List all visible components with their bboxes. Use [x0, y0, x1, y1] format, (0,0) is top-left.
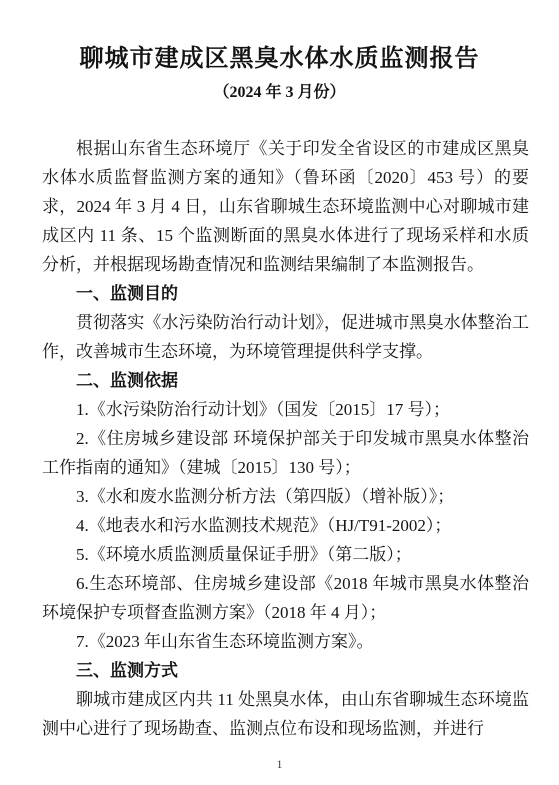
section-heading-monitoring-basis: 二、监测依据 [42, 366, 529, 395]
list-item-4: 4.《地表水和污水监测技术规范》（HJ/T91-2002）； [42, 511, 529, 540]
report-title: 聊城市建成区黑臭水体水质监测报告 [0, 44, 559, 74]
page-number: 1 [0, 757, 559, 772]
list-item-3: 3.《水和废水监测分析方法（第四版）（增补版）》； [42, 482, 529, 511]
document-page: 聊城市建成区黑臭水体水质监测报告 （2024 年 3 月份） 根据山东省生态环境… [0, 0, 559, 785]
paragraph: 贯彻落实《水污染防治行动计划》，促进城市黑臭水体整治工作，改善城市生态环境，为环… [42, 308, 529, 366]
section-heading-monitoring-method: 三、监测方式 [42, 656, 529, 685]
list-item-2: 2.《住房城乡建设部 环境保护部关于印发城市黑臭水体整治工作指南的通知》（建城〔… [42, 424, 529, 482]
list-item-1: 1.《水污染防治行动计划》（国发〔2015〕17 号）； [42, 395, 529, 424]
list-item-5: 5.《环境水质监测质量保证手册》（第二版）； [42, 540, 529, 569]
report-subtitle: （2024 年 3 月份） [0, 83, 559, 103]
list-item-6: 6.生态环境部、住房城乡建设部《2018 年城市黑臭水体整治环境保护专项督查监测… [42, 569, 529, 627]
section-heading-monitoring-purpose: 一、监测目的 [42, 279, 529, 308]
report-body: 根据山东省生态环境厅《关于印发全省设区的市建成区黑臭水体水质监督监测方案的通知》… [42, 134, 529, 743]
intro-paragraph: 根据山东省生态环境厅《关于印发全省设区的市建成区黑臭水体水质监督监测方案的通知》… [42, 134, 529, 279]
paragraph: 聊城市建成区内共 11 处黑臭水体，由山东省聊城生态环境监测中心进行了现场勘查、… [42, 685, 529, 743]
list-item-7: 7.《2023 年山东省生态环境监测方案》。 [42, 627, 529, 656]
